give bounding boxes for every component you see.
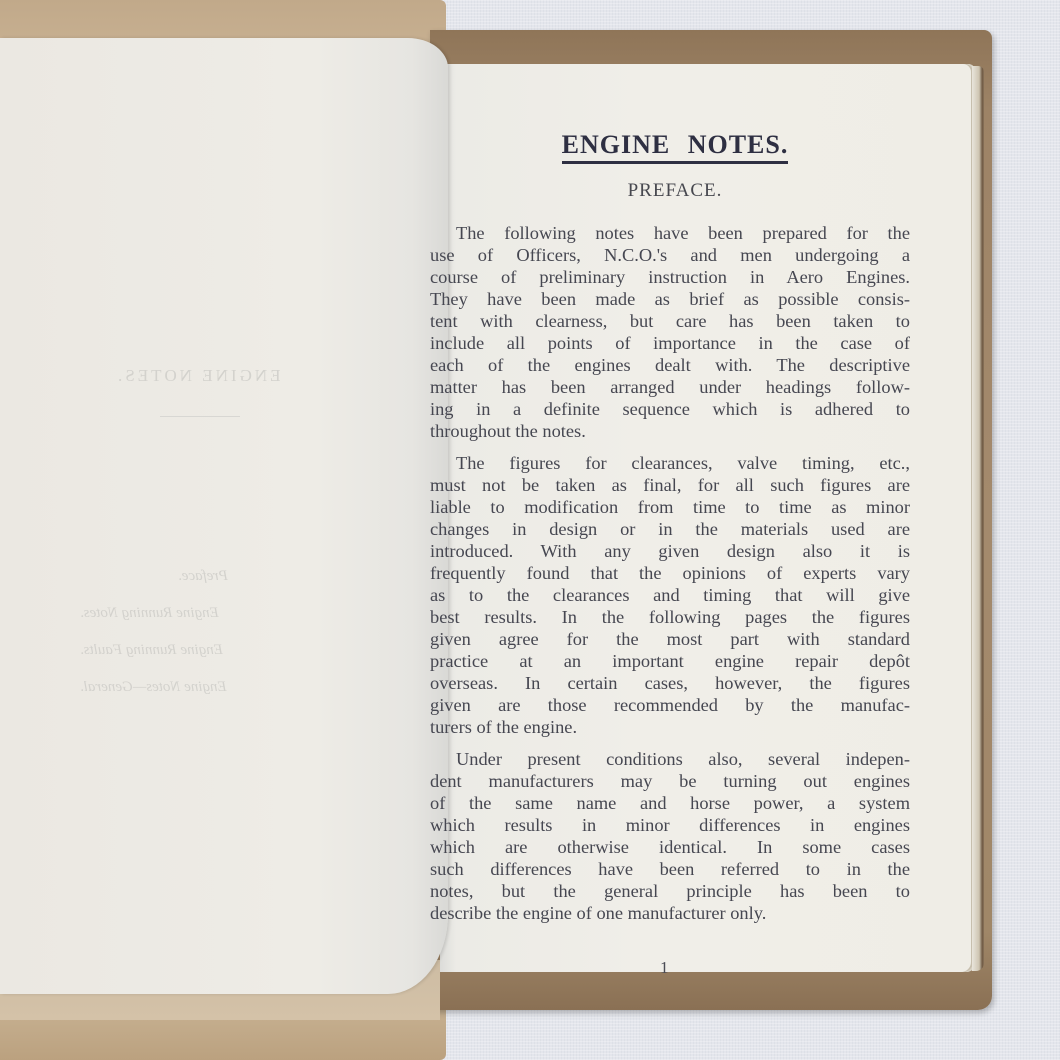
text-line: which are otherwise identical. In some c… — [430, 836, 910, 858]
page-stack-edge — [972, 66, 984, 971]
bleed-through-toc-item: Preface. — [178, 568, 228, 585]
text-line: dent manufacturers may be turning out en… — [430, 770, 910, 792]
text-line: each of the engines dealt with. The desc… — [430, 354, 910, 376]
text-line: They have been made as brief as possible… — [430, 288, 910, 310]
text-line: best results. In the following pages the… — [430, 606, 910, 628]
section-heading: PREFACE. — [430, 180, 910, 202]
page-content: ENGINE NOTES. PREFACE. The following not… — [430, 130, 910, 934]
text-line: use of Officers, N.C.O.'s and men underg… — [430, 244, 910, 266]
text-line: tent with clearness, but care has been t… — [430, 310, 910, 332]
text-line: describe the engine of one manufacturer … — [430, 902, 910, 924]
text-line: course of preliminary instruction in Aer… — [430, 266, 910, 288]
text-line: of the same name and horse power, a syst… — [430, 792, 910, 814]
text-line: turers of the engine. — [430, 716, 910, 738]
paragraph-1: The following notes have been prepared f… — [430, 222, 910, 442]
text-line: Under present conditions also, several i… — [430, 748, 910, 770]
text-line: given agree for the most part with stand… — [430, 628, 910, 650]
text-line: overseas. In certain cases, however, the… — [430, 672, 910, 694]
text-line: must not be taken as final, for all such… — [430, 474, 910, 496]
bleed-through-rule — [160, 416, 240, 417]
text-line: introduced. With any given design also i… — [430, 540, 910, 562]
left-page: ENGINE NOTES. Preface. Engine Running No… — [0, 38, 448, 994]
text-line: given are those recommended by the manuf… — [430, 694, 910, 716]
text-line: as to the clearances and timing that wil… — [430, 584, 910, 606]
page-title-text: ENGINE NOTES. — [562, 130, 789, 164]
text-line: changes in design or in the materials us… — [430, 518, 910, 540]
paragraph-3: Under present conditions also, several i… — [430, 748, 910, 924]
paragraph-2: The figures for clearances, valve timing… — [430, 452, 910, 738]
text-line: practice at an important engine repair d… — [430, 650, 910, 672]
bleed-through-title: ENGINE NOTES. — [115, 366, 281, 386]
text-line: include all points of importance in the … — [430, 332, 910, 354]
text-line: matter has been arranged under headings … — [430, 376, 910, 398]
text-line: which results in minor differences in en… — [430, 814, 910, 836]
text-line: ing in a definite sequence which is adhe… — [430, 398, 910, 420]
text-line: The figures for clearances, valve timing… — [430, 452, 910, 474]
text-line: notes, but the general principle has bee… — [430, 880, 910, 902]
bleed-through-toc-item: Engine Notes—General. — [80, 679, 227, 696]
text-line: frequently found that the opinions of ex… — [430, 562, 910, 584]
text-line: The following notes have been prepared f… — [430, 222, 910, 244]
page-title: ENGINE NOTES. — [430, 130, 910, 160]
page-number: 1 — [660, 958, 669, 978]
bleed-through-toc-item: Engine Running Notes. — [80, 605, 219, 622]
bleed-through-toc-item: Engine Running Faults. — [80, 642, 223, 659]
text-line: throughout the notes. — [430, 420, 910, 442]
text-line: liable to modification from time to time… — [430, 496, 910, 518]
text-line: such differences have been referred to i… — [430, 858, 910, 880]
